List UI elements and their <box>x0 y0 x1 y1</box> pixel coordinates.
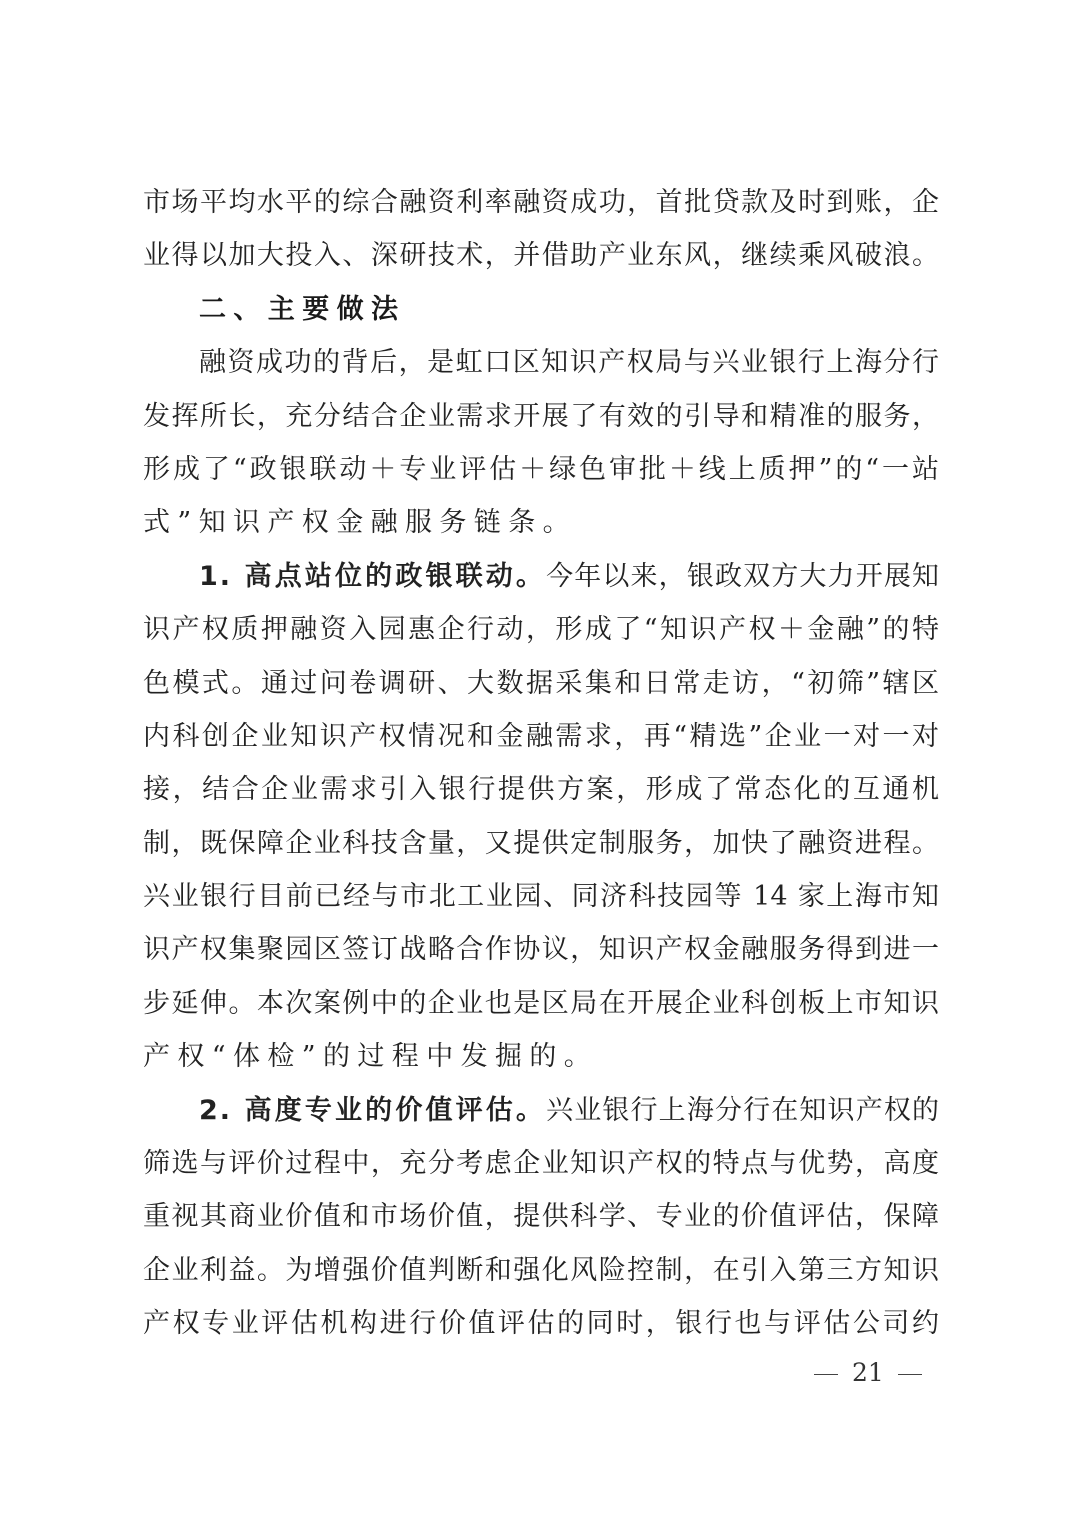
paragraph-line: 式”知识产权金融服务链条。 <box>143 496 939 549</box>
page-number: 21 <box>800 1358 920 1387</box>
paragraph-line: 融资成功的背后，是虹口区知识产权局与兴业银行上海分行 <box>143 336 939 389</box>
item-2-first-line: 2. 高度专业的价值评估。兴业银行上海分行在知识产权的 <box>143 1084 939 1137</box>
paragraph-line: 内科创企业知识产权情况和金融需求，再“精选”企业一对一对 <box>143 710 939 763</box>
paragraph-line: 筛选与评价过程中，充分考虑企业知识产权的特点与优势，高度 <box>143 1137 939 1190</box>
paragraph-line: 发挥所长，充分结合企业需求开展了有效的引导和精准的服务， <box>143 390 939 443</box>
item-1-heading: 1. 高点站位的政银联动。 <box>199 561 546 592</box>
paragraph-line: 企业利益。为增强价值判断和强化风险控制，在引入第三方知识 <box>143 1244 939 1297</box>
paragraph-line: 市场平均水平的综合融资利率融资成功，首批贷款及时到账，企 <box>143 176 939 229</box>
document-page: 市场平均水平的综合融资利率融资成功，首批贷款及时到账，企 业得以加大投入、深研技… <box>0 0 1080 1527</box>
paragraph-line: 色模式。通过问卷调研、大数据采集和日常走访，“初筛”辖区 <box>143 657 939 710</box>
paragraph-line: 识产权质押融资入园惠企行动，形成了“知识产权＋金融”的特 <box>143 603 939 656</box>
item-2-text: 兴业银行上海分行在知识产权的 <box>546 1095 939 1126</box>
paragraph-line: 制，既保障企业科技含量，又提供定制服务，加快了融资进程。 <box>143 817 939 870</box>
paragraph-line: 产权“体检”的过程中发掘的。 <box>143 1030 939 1083</box>
dash-right <box>898 1374 922 1375</box>
page-number-value: 21 <box>852 1358 884 1387</box>
item-1-text: 今年以来，银政双方大力开展知 <box>546 561 939 592</box>
item-1-first-line: 1. 高点站位的政银联动。今年以来，银政双方大力开展知 <box>143 550 939 603</box>
paragraph-line: 步延伸。本次案例中的企业也是区局在开展企业科创板上市知识 <box>143 977 939 1030</box>
paragraph-line: 形成了“政银联动＋专业评估＋绿色审批＋线上质押”的“一站 <box>143 443 939 496</box>
dash-left <box>814 1374 838 1375</box>
item-2-heading: 2. 高度专业的价值评估。 <box>199 1095 546 1126</box>
paragraph-line: 识产权集聚园区签订战略合作协议，知识产权金融服务得到进一 <box>143 923 939 976</box>
body-text: 市场平均水平的综合融资利率融资成功，首批贷款及时到账，企 业得以加大投入、深研技… <box>143 176 939 1351</box>
paragraph-line: 接，结合企业需求引入银行提供方案，形成了常态化的互通机 <box>143 763 939 816</box>
section-heading: 二、主要做法 <box>143 283 939 336</box>
paragraph-line: 重视其商业价值和市场价值，提供科学、专业的价值评估，保障 <box>143 1190 939 1243</box>
paragraph-line: 产权专业评估机构进行价值评估的同时，银行也与评估公司约 <box>143 1297 939 1350</box>
paragraph-line: 业得以加大投入、深研技术，并借助产业东风，继续乘风破浪。 <box>143 229 939 282</box>
paragraph-line: 兴业银行目前已经与市北工业园、同济科技园等 14 家上海市知 <box>143 870 939 923</box>
